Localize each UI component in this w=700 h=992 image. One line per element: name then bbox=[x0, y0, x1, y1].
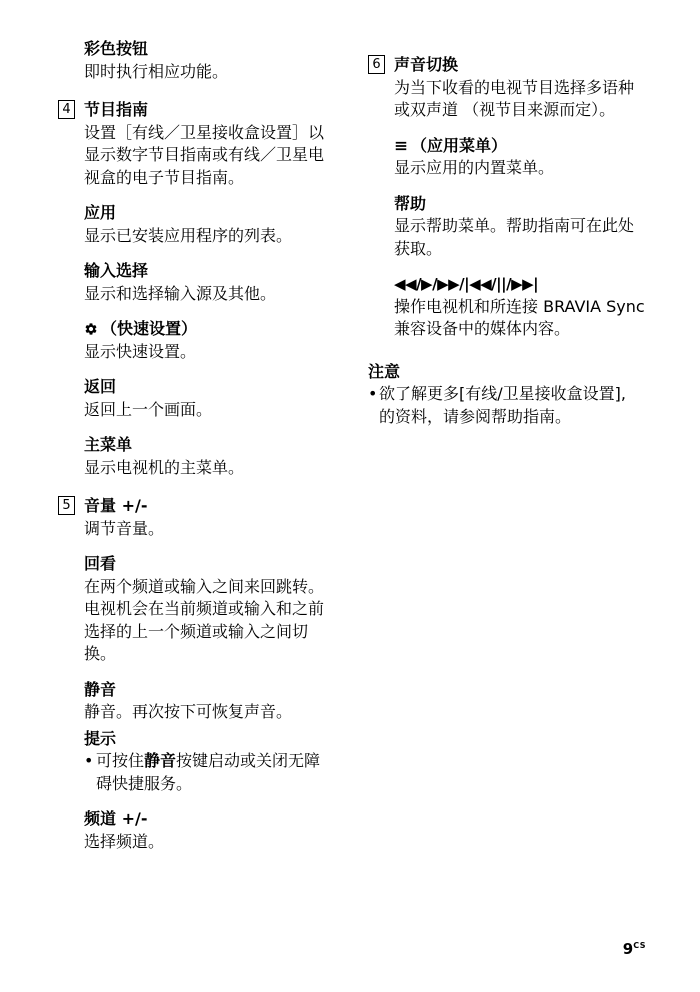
left-column: 彩色按钮 即时执行相应功能。 4 节目指南 设置［有线／卫星接收盒设置］以 显示… bbox=[58, 38, 360, 853]
entry-home-menu: 主菜单 显示电视机的主菜单。 bbox=[58, 434, 360, 479]
entry-body: 显示电视机的主菜单。 bbox=[58, 457, 360, 480]
entry-heading: 频道 +/- bbox=[58, 808, 360, 831]
app-menu-icon bbox=[394, 139, 408, 153]
entry-body: 设置［有线／卫星接收盒设置］以 显示数字节目指南或有线／卫星电 视盒的电子节目指… bbox=[58, 122, 360, 190]
entry-media-controls: ◀◀/▶/▶▶/|◀◀/||/▶▶| 操作电视机和所连接 BRAVIA Sync… bbox=[368, 273, 670, 341]
entry-channel: 频道 +/- 选择频道。 bbox=[58, 808, 360, 853]
two-column-layout: 彩色按钮 即时执行相应功能。 4 节目指南 设置［有线／卫星接收盒设置］以 显示… bbox=[0, 0, 700, 853]
entry-heading: 节目指南 bbox=[58, 99, 360, 122]
entry-body: 显示快速设置。 bbox=[58, 341, 360, 364]
note-block: 注意 欲了解更多[有线/卫星接收盒设置], 的资料，请参阅帮助指南。 bbox=[368, 361, 670, 429]
entry-body: 为当下收看的电视节目选择多语种 或双声道 （视节目来源而定）。 bbox=[368, 77, 670, 122]
entry-heading: 帮助 bbox=[368, 193, 670, 216]
tip-bullet: 可按住静音按键启动或关闭无障 碍快捷服务。 bbox=[58, 750, 360, 795]
page-number: 9CS bbox=[623, 940, 646, 958]
entry-body: 调节音量。 bbox=[58, 518, 360, 541]
entry-body: 显示应用的内置菜单。 bbox=[368, 157, 670, 180]
tip-heading: 提示 bbox=[58, 728, 360, 751]
note-bullet: 欲了解更多[有线/卫星接收盒设置], 的资料，请参阅帮助指南。 bbox=[368, 383, 670, 428]
entry-heading: （快速设置） bbox=[58, 318, 360, 341]
tip-text-bold: 静音 bbox=[144, 751, 176, 770]
entry-body: 选择频道。 bbox=[58, 831, 360, 854]
note-heading: 注意 bbox=[368, 361, 670, 384]
page-number-value: 9 bbox=[623, 940, 633, 958]
media-transport-icons: ◀◀/▶/▶▶/|◀◀/||/▶▶| bbox=[368, 273, 670, 296]
entry-mute: 静音 静音。再次按下可恢复声音。 bbox=[58, 679, 360, 724]
entry-heading: 应用 bbox=[58, 202, 360, 225]
entry-back: 返回 返回上一个画面。 bbox=[58, 376, 360, 421]
callout-number-4: 4 bbox=[58, 100, 75, 119]
callout-number-6: 6 bbox=[368, 55, 385, 74]
tip-text-pre: 可按住 bbox=[96, 751, 144, 770]
entry-app-menu: （应用菜单） 显示应用的内置菜单。 bbox=[368, 135, 670, 180]
manual-page: 彩色按钮 即时执行相应功能。 4 节目指南 设置［有线／卫星接收盒设置］以 显示… bbox=[0, 0, 700, 992]
entry-heading: 主菜单 bbox=[58, 434, 360, 457]
callout-number-5: 5 bbox=[58, 496, 75, 515]
entry-heading: 音量 +/- bbox=[58, 495, 360, 518]
entry-program-guide: 4 节目指南 设置［有线／卫星接收盒设置］以 显示数字节目指南或有线／卫星电 视… bbox=[58, 99, 360, 189]
entry-apps: 应用 显示已安装应用程序的列表。 bbox=[58, 202, 360, 247]
entry-heading: 输入选择 bbox=[58, 260, 360, 283]
entry-body: 显示已安装应用程序的列表。 bbox=[58, 225, 360, 248]
entry-body: 显示和选择输入源及其他。 bbox=[58, 283, 360, 306]
entry-audio-switch: 6 声音切换 为当下收看的电视节目选择多语种 或双声道 （视节目来源而定）。 bbox=[368, 54, 670, 122]
entry-body: 返回上一个画面。 bbox=[58, 399, 360, 422]
entry-input-select: 输入选择 显示和选择输入源及其他。 bbox=[58, 260, 360, 305]
entry-heading: 返回 bbox=[58, 376, 360, 399]
entry-heading: 声音切换 bbox=[368, 54, 670, 77]
entry-heading: 回看 bbox=[58, 553, 360, 576]
entry-heading-label: （快速设置） bbox=[101, 318, 197, 341]
entry-heading: 静音 bbox=[58, 679, 360, 702]
entry-body: 即时执行相应功能。 bbox=[58, 61, 360, 84]
entry-quick-settings: （快速设置） 显示快速设置。 bbox=[58, 318, 360, 363]
page-language-code: CS bbox=[633, 941, 646, 950]
entry-volume: 5 音量 +/- 调节音量。 bbox=[58, 495, 360, 540]
entry-heading-label: （应用菜单） bbox=[411, 135, 507, 158]
entry-body: 操作电视机和所连接 BRAVIA Sync 兼容设备中的媒体内容。 bbox=[368, 296, 670, 341]
entry-body: 在两个频道或输入之间来回跳转。 电视机会在当前频道或输入和之前 选择的上一个频道… bbox=[58, 576, 360, 666]
entry-body: 静音。再次按下可恢复声音。 bbox=[58, 701, 360, 724]
entry-heading: （应用菜单） bbox=[368, 135, 670, 158]
right-column: 6 声音切换 为当下收看的电视节目选择多语种 或双声道 （视节目来源而定）。 （… bbox=[368, 38, 670, 853]
entry-color-buttons: 彩色按钮 即时执行相应功能。 bbox=[58, 38, 360, 83]
entry-help: 帮助 显示帮助菜单。帮助指南可在此处 获取。 bbox=[368, 193, 670, 261]
entry-jump: 回看 在两个频道或输入之间来回跳转。 电视机会在当前频道或输入和之前 选择的上一… bbox=[58, 553, 360, 666]
entry-body: 显示帮助菜单。帮助指南可在此处 获取。 bbox=[368, 215, 670, 260]
entry-heading: 彩色按钮 bbox=[58, 38, 360, 61]
tip-block: 提示 可按住静音按键启动或关闭无障 碍快捷服务。 bbox=[58, 728, 360, 796]
gear-icon bbox=[84, 322, 98, 336]
